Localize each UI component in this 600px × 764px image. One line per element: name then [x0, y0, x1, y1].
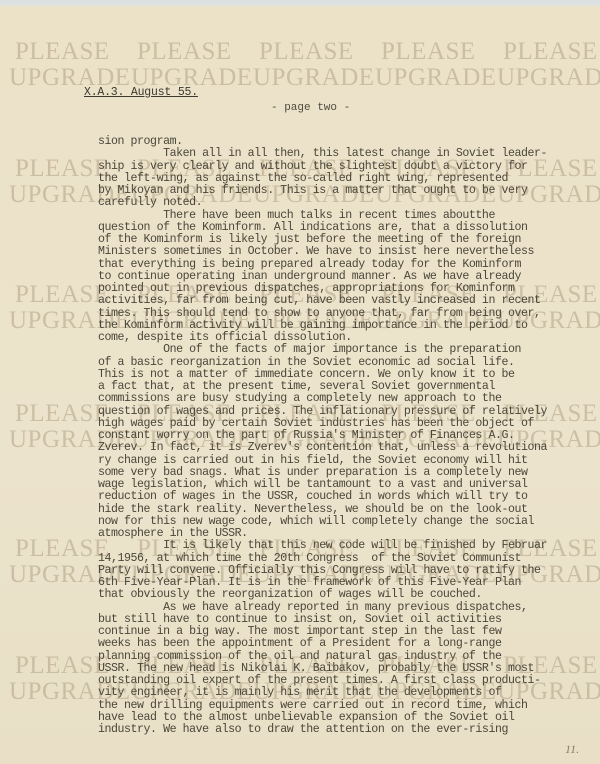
text-line: 6th Five-Year-Plan. It is in the framewo… [98, 577, 521, 589]
text-line: of the Kominform is likely just before t… [98, 234, 521, 246]
text-line: pointed out in previous dispatches, appr… [98, 283, 514, 295]
text-line: the new drilling equipments were carried… [98, 700, 528, 712]
text-line: ry change is carried out in his field, t… [98, 455, 528, 467]
text-line: constant worry on the part of Russia's M… [98, 430, 514, 442]
text-line: This is not a matter of immediate concer… [98, 369, 514, 381]
text-line: come, despite its official dissolution. [98, 332, 352, 344]
text-line: continue in a big way. The most importan… [98, 626, 501, 638]
text-line: high wages paid by certain Soviet indust… [98, 418, 534, 430]
text-line: planning commission of the oil and natur… [98, 651, 501, 663]
text-line: As we have already reported in many prev… [98, 602, 528, 614]
text-line: question of the Kominform. All indicatio… [98, 222, 528, 234]
typewritten-text: X.A.3. August 55. - page two - sion prog… [0, 0, 600, 764]
text-line: weeks has been the appointment of a Pres… [98, 638, 501, 650]
text-line: vity engineer, it is mainly his merit th… [98, 687, 501, 699]
text-line: question of wages and prices. The inflat… [98, 406, 547, 418]
text-line: have lead to the almost unbelievable exp… [98, 712, 514, 724]
text-line: that obviously the reorganization of wag… [98, 589, 482, 601]
text-line: sion program. [98, 136, 183, 148]
text-line: wage legislation, which will be tantamou… [98, 479, 528, 491]
text-line: Zverev. In fact, it is Zverev's contenti… [98, 442, 547, 454]
text-line: outstanding oil expert of the present ti… [98, 675, 541, 687]
text-line: One of the facts of major importance is … [98, 344, 521, 356]
text-line: of a basic reorganization in the Soviet … [98, 357, 514, 369]
text-line: some very bad snags. What is under prepa… [98, 467, 528, 479]
text-line: now for this new wage code, which will c… [98, 516, 534, 528]
handwritten-page-number: 11. [565, 742, 579, 757]
text-line: 14,1956, at which time the 20th Congress… [98, 553, 521, 565]
text-line: USSR. The new head is Nikolai K. Baibako… [98, 663, 534, 675]
text-line: activities, far from being cut, have bee… [98, 295, 541, 307]
page-label: - page two - [271, 102, 350, 114]
text-line: It is likely that this new code will be … [98, 540, 547, 552]
text-line: hide the stark reality. Nevertheless, we… [98, 504, 528, 516]
text-line: the left-wing, as against the so-called … [98, 173, 508, 185]
text-line: Taken all in all then, this latest chang… [98, 148, 547, 160]
text-line: ship is very clearly and without the sli… [98, 161, 528, 173]
text-line: There have been much talks in recent tim… [98, 210, 495, 222]
text-line: to continue operating inan underground m… [98, 271, 521, 283]
document-reference: X.A.3. August 55. [84, 86, 198, 99]
text-line: Party will convene. Officially this Cong… [98, 565, 541, 577]
document-page: PLEASEPLEASEPLEASEPLEASEPLEASEUPGRADEUPG… [0, 0, 600, 764]
text-line: carefully noted. [98, 197, 202, 209]
text-line: industry. We have also to draw the atten… [98, 724, 508, 736]
text-line: a fact that, at the present time, severa… [98, 381, 495, 393]
text-line: reduction of wages in the USSR, couched … [98, 491, 528, 503]
text-line: by Mikoyan and his friends. This is a ma… [98, 185, 528, 197]
text-line: atmosphere in the USSR. [98, 528, 248, 540]
text-line: commissions are busy studying a complete… [98, 393, 501, 405]
text-line: Ministers sometimes in October. We have … [98, 246, 534, 258]
text-line: the Kominform activity will be gaining i… [98, 320, 528, 332]
text-line: but still have to continue to insist on,… [98, 614, 501, 626]
text-line: times. This should tend to show to anyon… [98, 308, 541, 320]
text-line: that everything is being prepared alread… [98, 259, 521, 271]
